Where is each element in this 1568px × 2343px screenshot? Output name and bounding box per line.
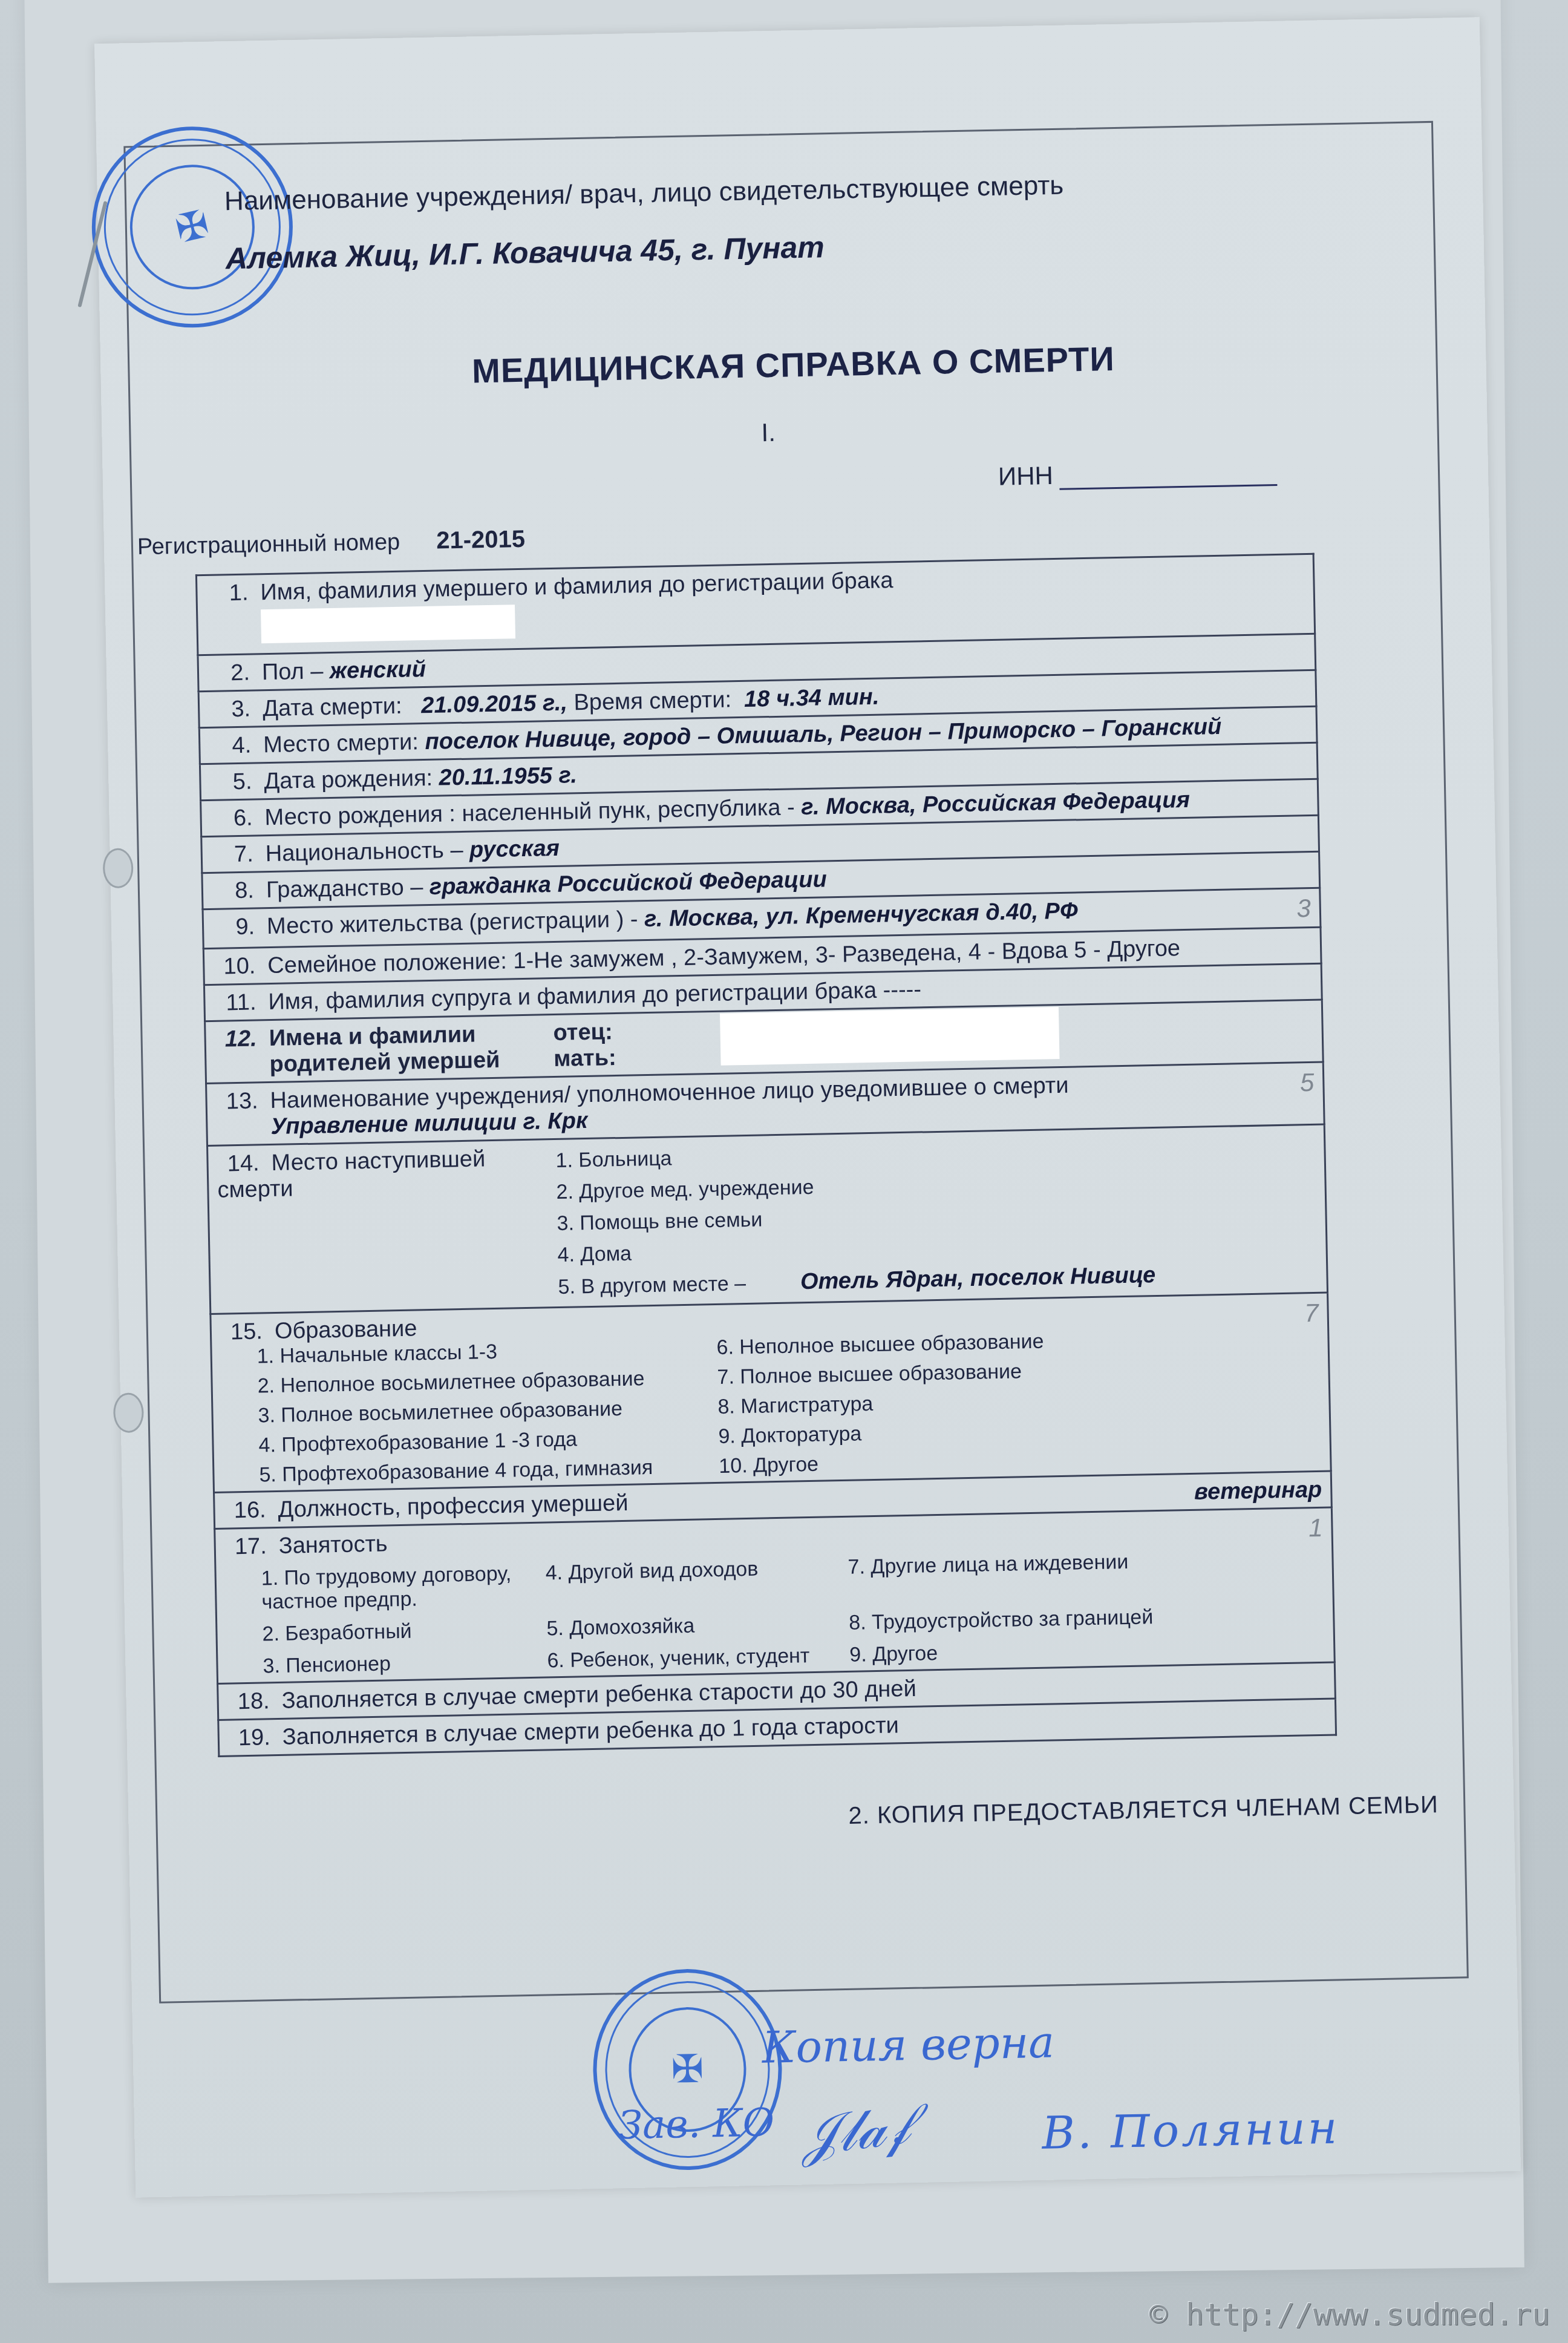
option-item: 5. Домохозяйка	[546, 1611, 849, 1641]
mother-label: мать:	[554, 1045, 616, 1072]
option-item: 4. Профтехобразование 1 -3 года	[258, 1425, 719, 1458]
margin-code: 3	[1296, 894, 1311, 923]
death-certificate-page: ✠ Наименование учреждения/ врач, лицо св…	[94, 17, 1521, 2197]
sex-label: Пол –	[262, 658, 324, 685]
option-item: 1. По трудовому договору, частное предпр…	[261, 1561, 546, 1614]
employment-label: Занятость	[278, 1531, 388, 1558]
registration-value: 21-2015	[436, 526, 526, 554]
row-number: 11.	[214, 989, 256, 1016]
option-item: 5. Профтехобразование 4 года, гимназия	[259, 1455, 719, 1487]
option-item: 9. Другое	[849, 1636, 1213, 1667]
inn-field: ИНН	[998, 457, 1278, 491]
certification-handwriting: Копия верна	[762, 2016, 1055, 2073]
row-number: 14.	[217, 1150, 260, 1177]
death-location-value: Отель Ядран, поселок Нивице	[800, 1262, 1156, 1294]
margin-code: 5	[1300, 1068, 1315, 1097]
citizenship-value: гражданка Российской Федерации	[429, 867, 827, 900]
table-row: 1 17.Занятость 1. По трудовому договору,…	[215, 1507, 1335, 1683]
row-number: 15.	[220, 1319, 263, 1345]
nationality-value: русская	[469, 836, 560, 863]
death-time-value: 18 ч.34 мин.	[744, 684, 880, 712]
option-item: 9. Докторатура	[718, 1417, 1142, 1448]
option-item: 4. Другой вид доходов	[545, 1556, 848, 1609]
option-item: 8. Трудоустройство за границей	[849, 1604, 1212, 1635]
row-number: 5.	[209, 769, 252, 796]
infant-1-year-label: Заполняется в случае смерти ребенка до 1…	[282, 1712, 899, 1750]
punch-hole	[113, 1392, 144, 1433]
option-item: 3. Пенсионер	[263, 1649, 547, 1678]
deceased-name-label: Имя, фамилия умершего и фамилия до регис…	[260, 568, 893, 605]
parents-label-line2: родителей умершей	[269, 1047, 500, 1077]
notifier-value: Управление милиции г. Крк	[270, 1108, 588, 1139]
watermark: © http://www.sudmed.ru	[1149, 2297, 1550, 2332]
sex-value: женский	[330, 657, 426, 684]
row-number: 8.	[212, 878, 255, 905]
residence-label: Место жительства (регистрации ) -	[267, 906, 638, 939]
option-item: 2. Неполное восьмилетнее образование	[257, 1366, 717, 1398]
citizenship-label: Гражданство –	[266, 874, 423, 903]
signer-title-handwriting: Зав. КО	[618, 2100, 775, 2148]
birth-date-value: 20.11.1955 г.	[439, 762, 577, 790]
row-number: 6.	[210, 805, 253, 832]
employment-options: 1. По трудовому договору, частное предпр…	[224, 1547, 1325, 1679]
nationality-label: Национальность –	[265, 837, 463, 867]
registration-label: Регистрационный номер	[137, 529, 400, 560]
option-item: 7. Полное высшее образование	[717, 1358, 1141, 1389]
father-label: отец:	[553, 1019, 613, 1046]
punch-hole	[103, 848, 134, 888]
row-number: 4.	[209, 733, 252, 759]
row-number: 16.	[223, 1497, 266, 1524]
inn-label: ИНН	[998, 461, 1054, 491]
profession-value: ветеринар	[1194, 1477, 1322, 1506]
margin-code: 7	[1304, 1299, 1319, 1328]
birth-place-label: Место рождения : населенный пунк, респуб…	[264, 795, 795, 830]
row-number: 19.	[227, 1725, 270, 1751]
residence-value: г. Москва, ул. Кременчугская д.40, РФ	[644, 898, 1078, 932]
row-number: 9.	[212, 914, 255, 940]
section-number: I.	[761, 418, 776, 447]
option-item: 6. Ребенок, ученик, студент	[547, 1643, 850, 1673]
row-number: 3.	[208, 696, 251, 723]
row-number: 7.	[211, 842, 253, 868]
table-row: 7 15.Образование 1. Начальные классы 1-3…	[211, 1293, 1331, 1492]
profession-label: Должность, профессия умершей	[278, 1490, 629, 1522]
redacted-parents-names	[720, 1007, 1060, 1066]
birth-place-value: г. Москва, Российская Федерация	[801, 787, 1191, 820]
margin-code: 1	[1308, 1513, 1323, 1542]
row-number: 17.	[224, 1533, 267, 1560]
parents-label-line1: Имена и фамилии	[269, 1022, 476, 1052]
signature: 𝒥𝓁𝒶𝒻	[797, 2092, 913, 2170]
row-number: 18.	[227, 1688, 270, 1715]
table-row: 14.Место наступившей смерти 1. Больница …	[207, 1124, 1328, 1314]
option-item: 5. В другом месте –	[558, 1272, 746, 1299]
certificate-form-table: 1.Имя, фамилия умершего и фамилия до рег…	[195, 553, 1337, 1757]
option-item: 8. Магистратура	[717, 1388, 1142, 1419]
education-label: Образование	[275, 1316, 417, 1344]
option-item: 10. Другое	[719, 1446, 1143, 1478]
birth-date-label: Дата рождения:	[264, 765, 433, 794]
row-number: 13.	[215, 1088, 258, 1115]
signer-name-handwriting: В. Полянин	[1042, 2102, 1340, 2159]
row-number: 12.	[214, 1026, 257, 1052]
death-place-label: Место смерти:	[263, 729, 419, 758]
death-date-value: 21.09.2015 г.,	[421, 690, 567, 719]
row-number: 10.	[213, 953, 256, 980]
option-item: 6. Неполное высшее образование	[716, 1328, 1140, 1360]
death-time-label: Время смерти:	[573, 687, 731, 715]
row-number: 2.	[207, 660, 250, 687]
row-number: 1.	[206, 580, 249, 607]
option-item: 2. Безработный	[262, 1617, 547, 1646]
option-item: 3. Полное восьмилетнее образование	[258, 1395, 718, 1428]
education-options: 1. Начальные классы 1-36. Неполное высше…	[220, 1325, 1307, 1487]
death-location-options: 1. Больница 2. Другое мед. учреждение 3.…	[555, 1133, 1155, 1303]
option-item: 7. Другие лица на иждевении	[848, 1548, 1211, 1603]
redacted-deceased-name	[261, 605, 515, 643]
death-date-label: Дата смерти:	[263, 693, 402, 721]
